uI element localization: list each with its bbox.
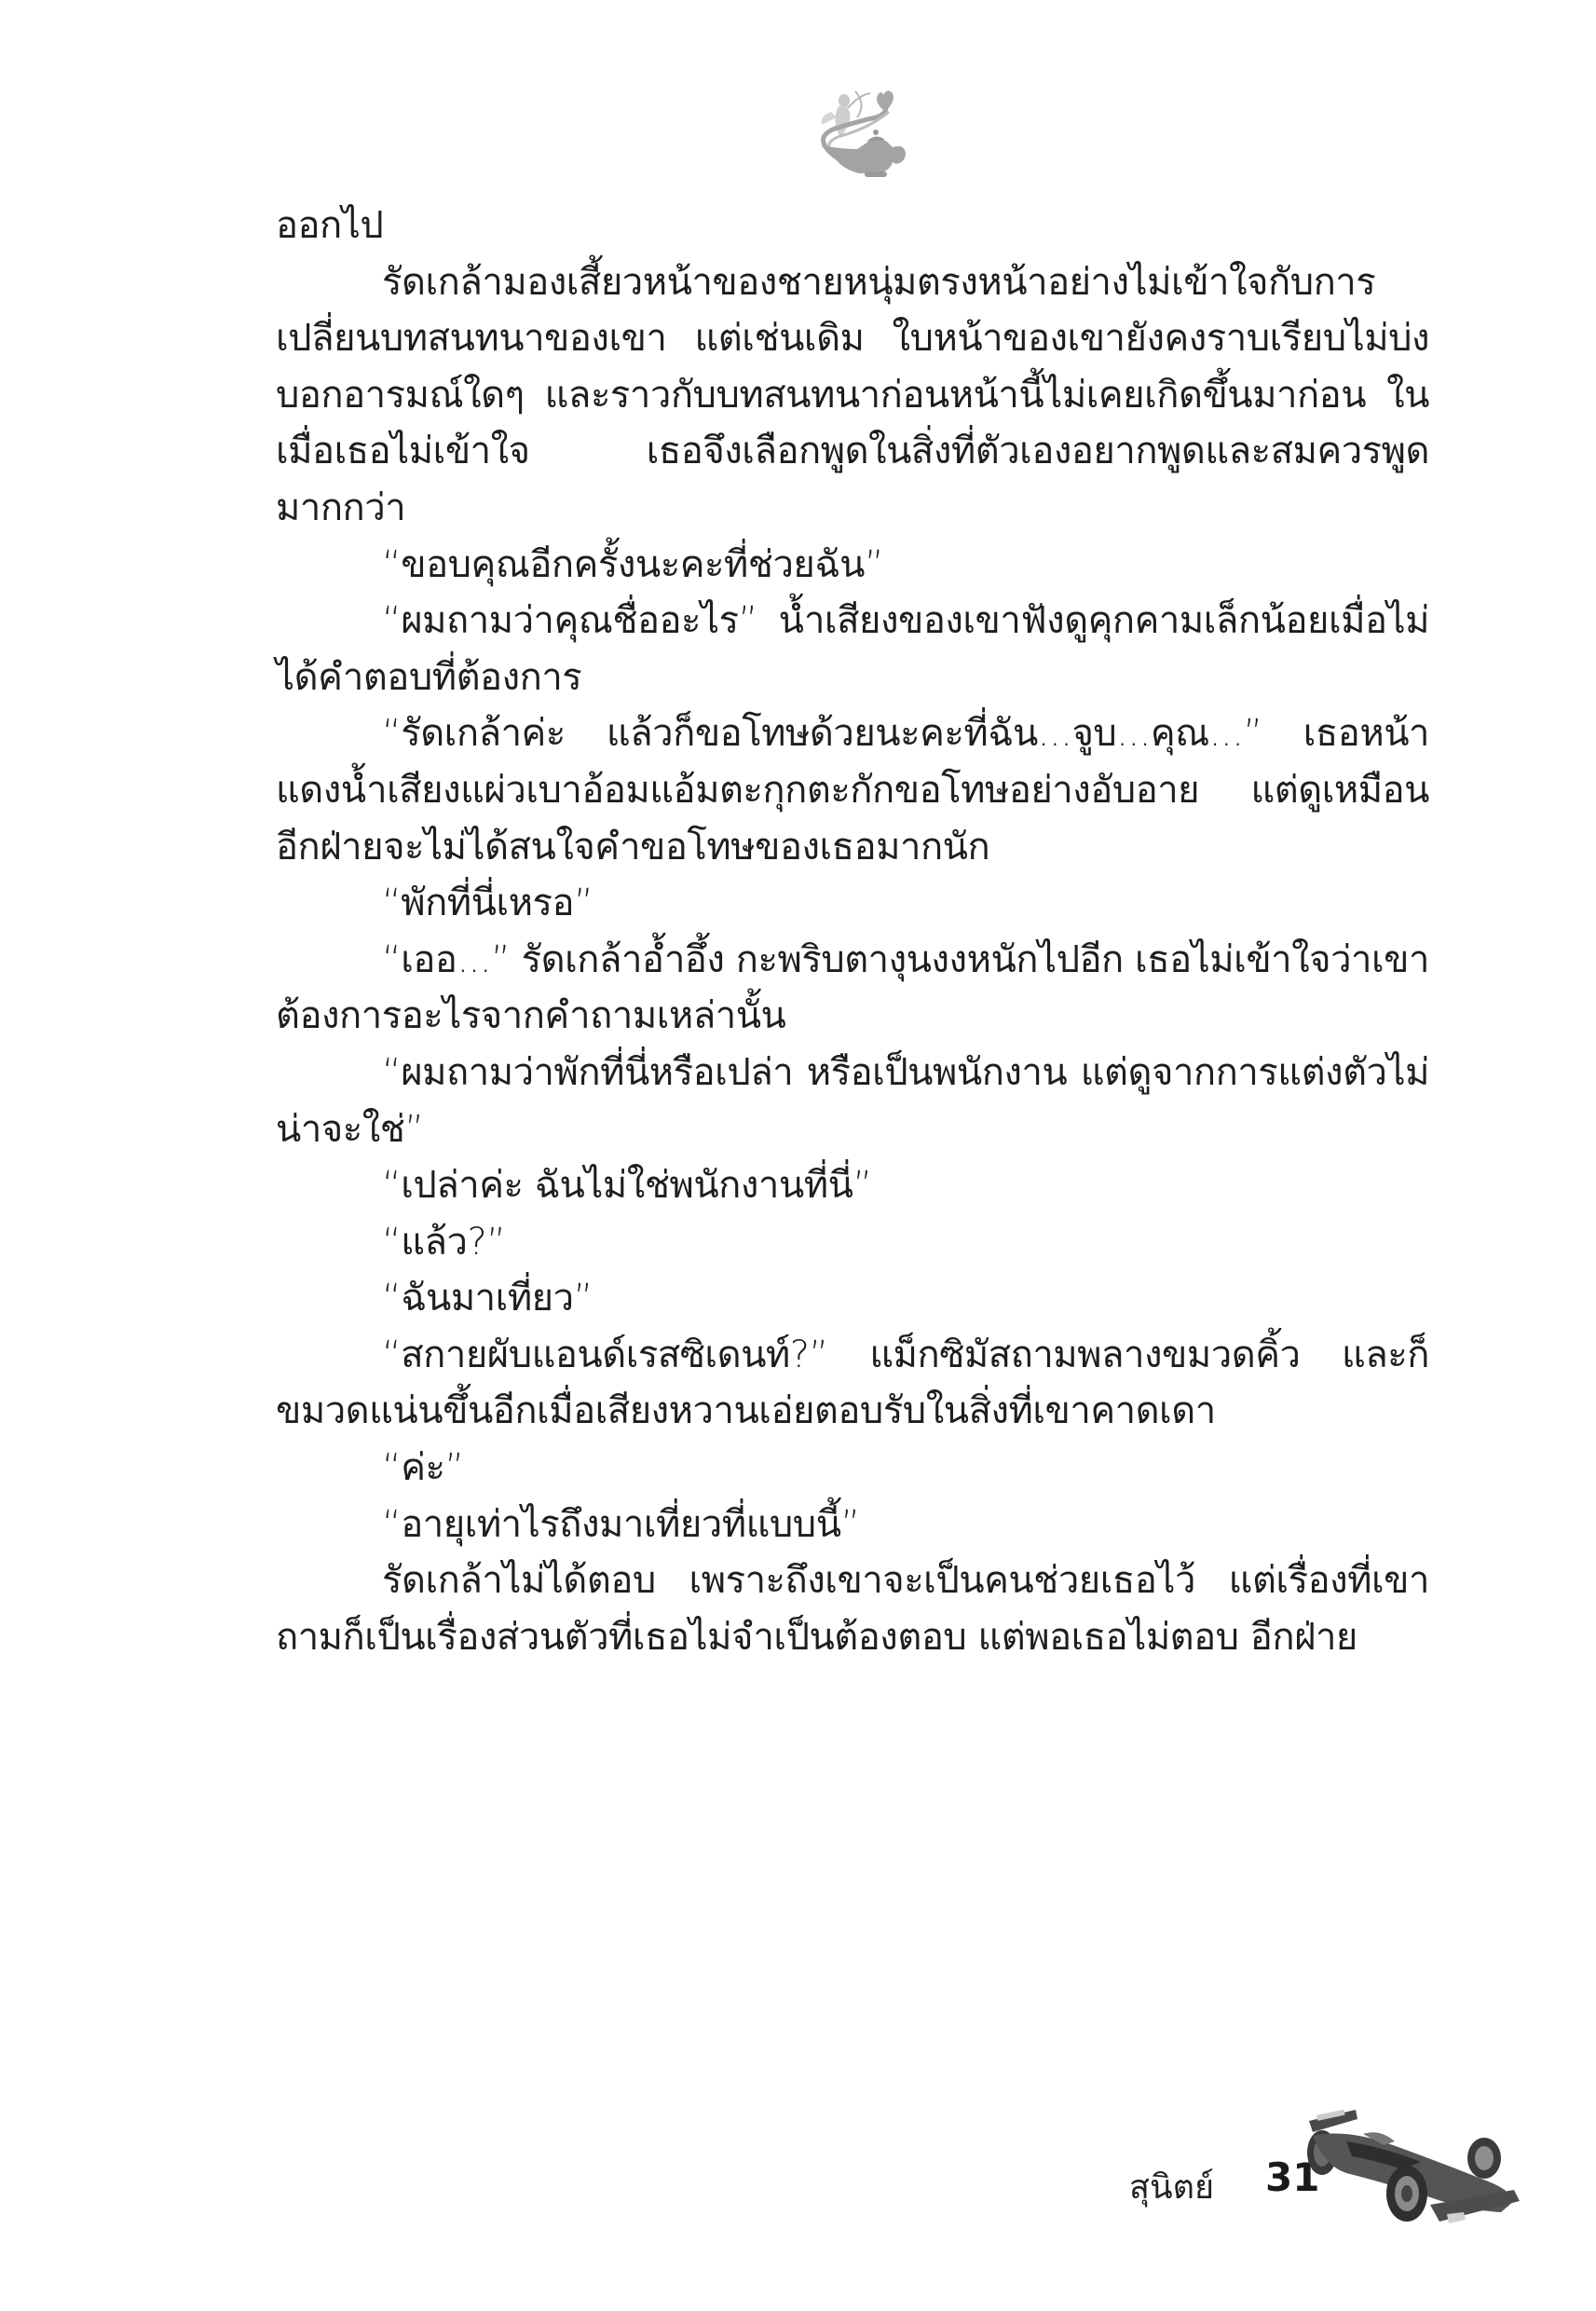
paragraph: ออกไป [276,198,1429,254]
running-title-author: สุนิตย์ [1129,2160,1214,2213]
dialogue-paragraph: “พักที่นี่เหรอ” [276,875,1429,932]
dialogue-paragraph: “ผมถามว่าพักที่นี่หรือเปล่า หรือเป็นพนัก… [276,1045,1429,1157]
dialogue-paragraph: “เออ...” รัดเกล้าอ้ำอึ้ง กะพริบตางุนงงหน… [276,932,1429,1045]
dialogue-paragraph: “ขอบคุณอีกครั้งนะคะที่ช่วยฉัน” [276,537,1429,594]
dialogue-paragraph: “อายุเท่าไรถึงมาเที่ยวที่แบบนี้” [276,1497,1429,1553]
cupid-genie-lamp-icon [803,84,915,177]
race-car-icon [1290,2108,1533,2229]
dialogue-paragraph: “แล้ว?” [276,1214,1429,1271]
dialogue-paragraph: “ผมถามว่าคุณชื่ออะไร” น้ำเสียงของเขาฟังด… [276,593,1429,705]
dialogue-paragraph: “สกายผับแอนด์เรสซิเดนท์?” แม็กซิมัสถามพล… [276,1327,1429,1440]
book-page: ออกไป รัดเกล้ามองเสี้ยวหน้าของชายหนุ่มตร… [0,0,1596,2311]
paragraph: รัดเกล้าไม่ได้ตอบ เพราะถึงเขาจะเป็นคนช่ว… [276,1552,1429,1665]
dialogue-paragraph: “เปล่าค่ะ ฉันไม่ใช่พนักงานที่นี่” [276,1157,1429,1214]
dialogue-paragraph: “รัดเกล้าค่ะ แล้วก็ขอโทษด้วยนะคะที่ฉัน..… [276,705,1429,875]
dialogue-paragraph: “ฉันมาเที่ยว” [276,1270,1429,1327]
dialogue-paragraph: “ค่ะ” [276,1440,1429,1497]
paragraph: รัดเกล้ามองเสี้ยวหน้าของชายหนุ่มตรงหน้าอ… [276,254,1429,537]
body-text: ออกไป รัดเกล้ามองเสี้ยวหน้าของชายหนุ่มตร… [276,198,1429,1665]
